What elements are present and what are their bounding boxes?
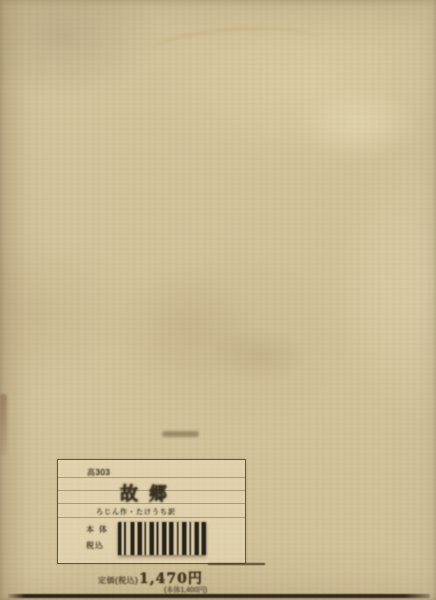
book-title: 故郷 bbox=[120, 480, 178, 506]
smudge-mark bbox=[162, 431, 199, 437]
bookplate-label: 高303 故郷 ろじん作・たけうち訳 本体 税込 bbox=[57, 459, 246, 564]
book-author-line: ろじん作・たけうち訳 bbox=[96, 507, 176, 517]
book-bottom-edge-shadow bbox=[8, 594, 430, 598]
paper-stain bbox=[212, 330, 307, 382]
label-corner-code: 高303 bbox=[87, 467, 110, 478]
label-field-top: 本体 bbox=[86, 524, 112, 535]
barcode-icon bbox=[118, 522, 206, 555]
label-underline-mark bbox=[208, 563, 265, 565]
book-back-cover-photo: 高303 故郷 ろじん作・たけうち訳 本体 税込 定価(税込) 1,470円 (… bbox=[0, 0, 436, 600]
left-edge-mark bbox=[0, 394, 7, 456]
label-field-bottom: 税込 bbox=[86, 540, 104, 551]
price-label: 定価(税込) bbox=[98, 575, 138, 586]
paper-stain bbox=[147, 22, 321, 73]
label-rule bbox=[58, 517, 245, 518]
paper-stain bbox=[295, 86, 420, 161]
paper-stain bbox=[118, 268, 253, 383]
